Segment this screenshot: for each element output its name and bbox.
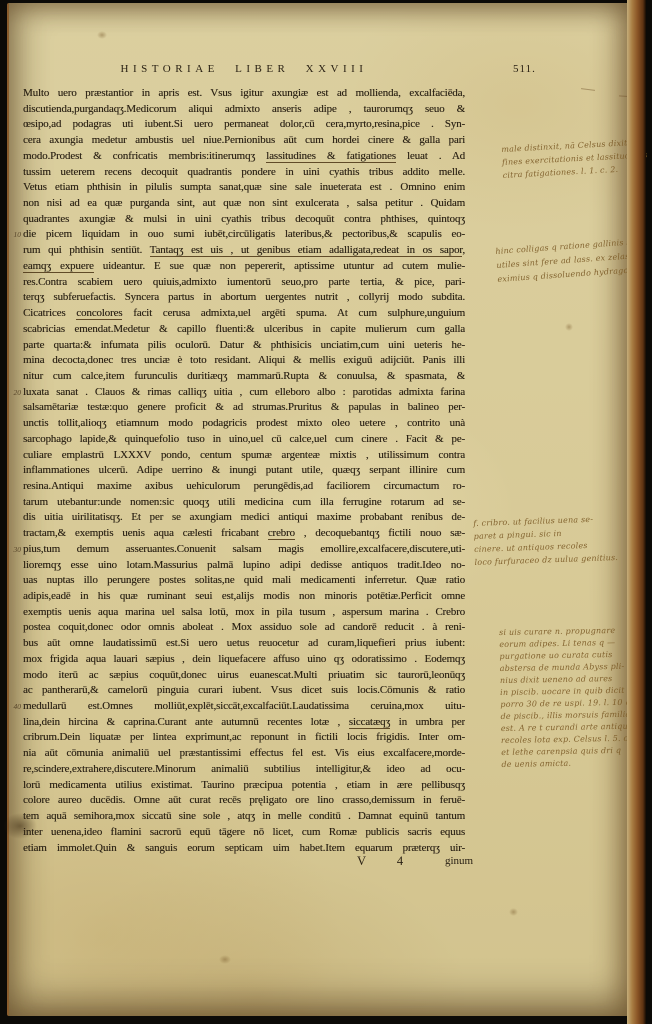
foxing-spot <box>565 323 573 331</box>
ink-underline: eamqʒ expuere <box>23 260 94 273</box>
text-line: Cicatrices concolores facit cerusa admix… <box>23 306 465 322</box>
line-number: 40 <box>11 702 21 712</box>
text-line: culiare emplastrū LXXXV pondo, centum sp… <box>23 448 465 464</box>
text-block: Multo uero præstantior in apris est. Vsu… <box>23 86 465 856</box>
text-line: inter uenena,ideo flamini sacrorū equū t… <box>23 825 465 841</box>
text-line: modo iterū ac sæpius coquūt,donec uirus … <box>23 668 465 684</box>
text-line: terqʒ subferuefactis. Syncera partus in … <box>23 290 465 306</box>
scanned-page-photo: HISTORIAE LIBER XXVIII 511. Multo uero p… <box>0 0 652 1024</box>
book-fore-edge <box>627 0 646 1024</box>
text-line: re,scindere,extrahere,discutere.Minorum … <box>23 762 465 778</box>
ink-underline: concolores <box>76 307 122 320</box>
text-line: parte quarta:& infumata pilis oculorū. D… <box>23 338 465 354</box>
text-line: modo.Prodest & confricatis membris:itine… <box>23 149 465 165</box>
text-line: tractam,& exemptis uenis aqua cælesti fr… <box>23 526 465 542</box>
book-page: HISTORIAE LIBER XXVIII 511. Multo uero p… <box>7 3 630 1016</box>
text-line: postea coquit,donec odor omnis aboleat .… <box>23 620 465 636</box>
text-line: nitur cum calce,item furunculis duritiæq… <box>23 369 465 385</box>
text-line: salsamētariæ testæ:quo genere proficit &… <box>23 400 465 416</box>
line-number: 20 <box>11 388 21 398</box>
text-line: lioremqʒ esse uino lotam.Massurius palmā… <box>23 558 465 574</box>
foxing-spot <box>509 908 518 916</box>
text-line: exemptis uenis aqua marina uel salsa lot… <box>23 605 465 621</box>
text-line: Vetus etiam phthisin in pilulis sumpta s… <box>23 180 465 196</box>
text-line: eamqʒ expuere uideantur. E sue quæ non p… <box>23 259 465 275</box>
catchword: ginum <box>445 855 473 867</box>
foxing-spot <box>219 955 231 964</box>
text-line: tem aquā semihora,mox siccatū sine sole … <box>23 809 465 825</box>
text-line: mox frigida aqua lauari sæpius , dein li… <box>23 652 465 668</box>
marginal-note-3: f. cribro. ut facilius uena se-paret a p… <box>473 511 652 569</box>
text-line: die picem liquidam in ouo sumi iubēt,cir… <box>23 227 465 243</box>
text-line: cera axungia medetur ambustis uel niue.P… <box>23 133 465 149</box>
page-number: 511. <box>513 63 536 75</box>
text-line: ac pantherarū,& camelorū pinguia curari … <box>23 683 465 699</box>
text-line: dis uitia uirilitatisqʒ. Et per se axung… <box>23 510 465 526</box>
text-line: tussim ueterem recens decoquit quadranti… <box>23 165 465 181</box>
text-line: non nisi ad ea quæ purganda sint, aut qu… <box>23 196 465 212</box>
text-line: tarum utebantur:unde nomen:sic quoqʒ uti… <box>23 495 465 511</box>
text-line: rum qui phthisin sentiūt. Tantaqʒ est ui… <box>23 243 465 259</box>
ink-underline: lassitudines & fatigationes <box>266 150 396 163</box>
text-line: resina.Antiqui maxime axibus uehiculorum… <box>23 479 465 495</box>
text-line: medullarū est.Omnes molliūt,explēt,siccā… <box>23 699 465 715</box>
text-line: nia aūt cōmunia animaliū uel præstantiss… <box>23 746 465 762</box>
text-line: bus aūt omne laudatissimū est.Si uero ue… <box>23 636 465 652</box>
line-number: 10 <box>11 230 21 240</box>
foxing-spot <box>97 31 107 39</box>
text-line: res.Contra scabiem uero quiuis,admixto i… <box>23 275 465 291</box>
text-line: quadrantes axungiæ & mulsi in uini cyath… <box>23 212 465 228</box>
ink-underline: Tantaqʒ est uis , ut genibus etiam adall… <box>150 244 463 257</box>
text-line: luxata sanat . Clauos & rimas calliqʒ ui… <box>23 385 465 401</box>
text-line: unctis tollit,alioqʒ etiamnum modo podag… <box>23 416 465 432</box>
ink-smudge <box>3 813 37 839</box>
text-line: colore aureo ducēdis. Omne aūt curat rec… <box>23 793 465 809</box>
text-line: scabricias emendat.Medetur & capillo flu… <box>23 322 465 338</box>
line-number: 30 <box>11 545 21 555</box>
signature-mark: V 4 <box>357 854 417 869</box>
text-line: mina decocta,donec tres unciæ è toto res… <box>23 353 465 369</box>
text-line: sarcophago lapide,& quinquefolio tuso in… <box>23 432 465 448</box>
text-line: pius,tum demum asseruantes.Conuenit sals… <box>23 542 465 558</box>
text-line: inflammationes ulcerū. Adipe uerrino & i… <box>23 463 465 479</box>
running-header: HISTORIAE LIBER XXVIII <box>23 63 465 75</box>
text-line: uas nuptas illo perungere postes solitas… <box>23 573 465 589</box>
text-line: discutienda,purgandaqʒ.Medicorum aliqui … <box>23 102 465 118</box>
text-line: lina,dein hircina & caprina.Curant ante … <box>23 715 465 731</box>
text-line: adipis,eadē in his quæ ruminant seui est… <box>23 589 465 605</box>
text-line: Multo uero præstantior in apris est. Vsu… <box>23 86 465 102</box>
pen-trial-mark <box>581 88 595 91</box>
text-line: cribrum.Dein liquatæ per lintea exprimun… <box>23 730 465 746</box>
text-line: œsipo,ad podagras uti iubent.Si uero per… <box>23 117 465 133</box>
ink-underline: crebro <box>268 527 295 540</box>
text-line: lorū medicamenta utilius existimat. Taur… <box>23 778 465 794</box>
ink-underline: siccatæqʒ <box>349 716 390 729</box>
